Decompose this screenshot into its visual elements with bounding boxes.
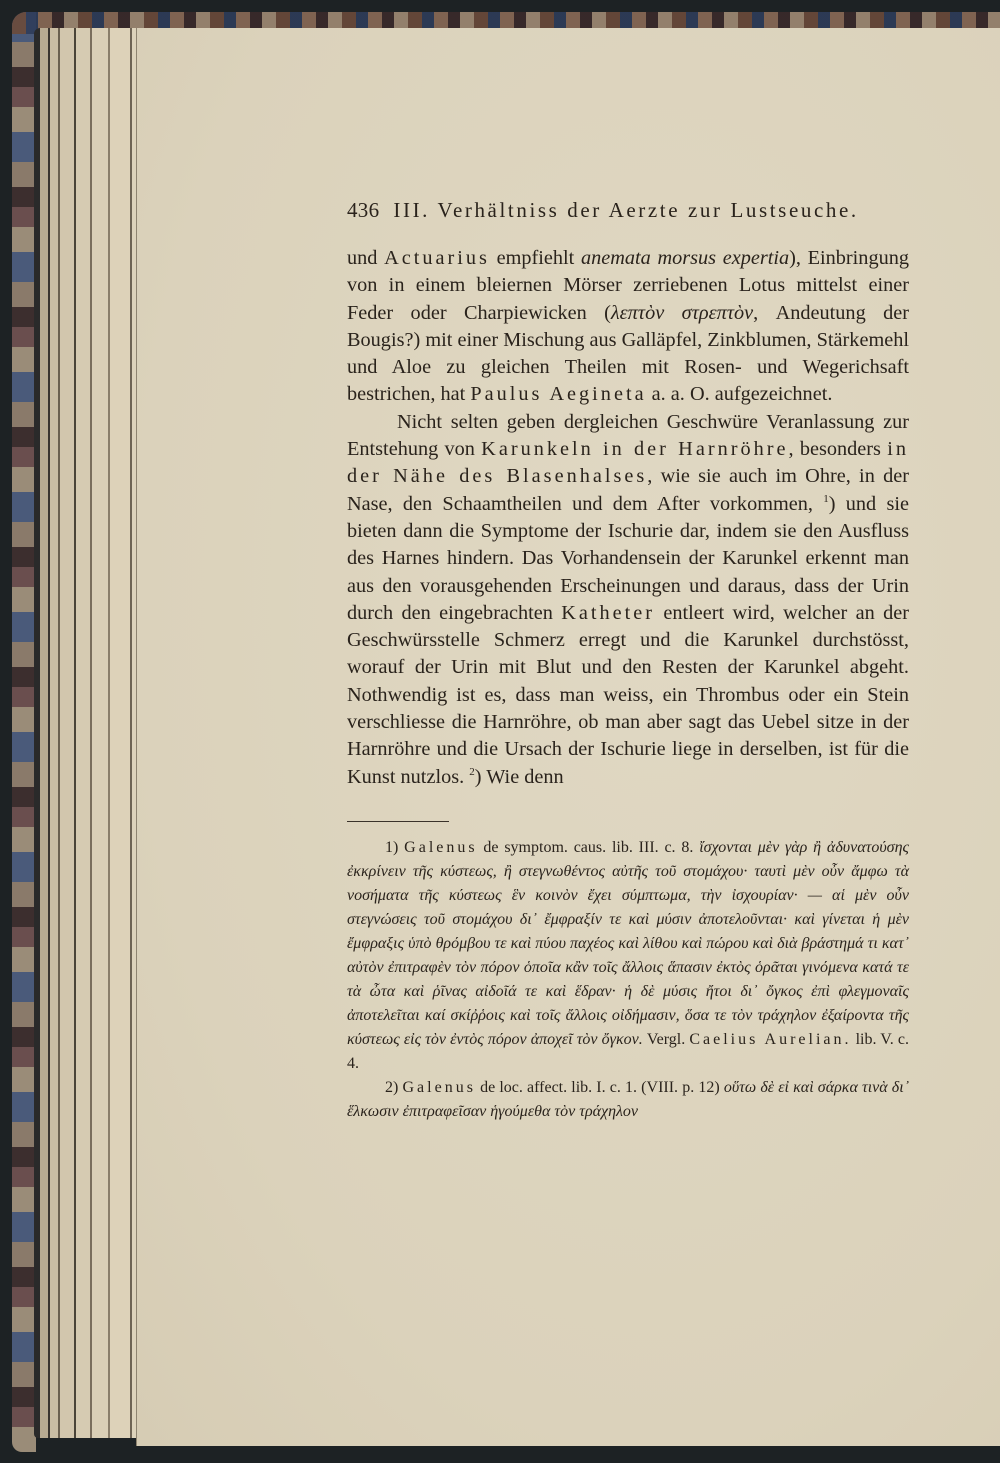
text: empfiehlt	[490, 247, 581, 269]
text: Vergl.	[643, 1031, 690, 1048]
footnote-2: 2) Galenus de loc. affect. lib. I. c. 1.…	[347, 1076, 909, 1124]
text: a. a. O. aufgezeichnet.	[647, 383, 833, 405]
author-galenus: Galenus	[404, 839, 477, 856]
paragraph-1: und Actuarius empfiehlt anemata morsus e…	[347, 245, 909, 409]
page-stack-edges	[34, 28, 138, 1438]
running-title: III. Verhältniss der Aerzte zur Lustseuc…	[393, 198, 858, 223]
citation: de symptom. caus. lib. III. c. 8.	[478, 839, 700, 856]
latin-phrase: anemata morsus expertia	[581, 247, 789, 269]
footnote-number: 1)	[385, 839, 404, 856]
page-number: 436	[347, 198, 379, 223]
footnotes: 1) Galenus de symptom. caus. lib. III. c…	[347, 836, 909, 1124]
name-paulus-aegineta: Paulus Aegineta	[470, 383, 646, 405]
text: ) Wie denn	[475, 766, 564, 788]
footnote-divider	[347, 821, 449, 822]
author-caelius: Caelius Aurelian.	[689, 1031, 851, 1048]
book-cover-left-edge	[12, 12, 36, 1452]
emphasis-katheter: Katheter	[561, 602, 655, 624]
text: und	[347, 247, 384, 269]
footnote-1: 1) Galenus de symptom. caus. lib. III. c…	[347, 836, 909, 1076]
name-actuarius: Actuarius	[384, 247, 490, 269]
greek-quote: ἴσχονται μὲν γὰρ ἢ ἀδυνατούσης ἐκκρίνειν…	[347, 839, 909, 1048]
text: entleert wird, welcher an der Geschwürss…	[347, 602, 909, 788]
citation: de loc. affect. lib. I. c. 1. (VIII. p. …	[476, 1079, 724, 1096]
footnote-number: 2)	[385, 1079, 402, 1096]
greek-phrase: λεπτὸν στρεπτὸν	[611, 302, 753, 324]
page-content: 436 III. Verhältniss der Aerzte zur Lust…	[347, 198, 909, 1124]
emphasis-karunkeln: Karunkeln in der Harnröhre	[481, 438, 788, 460]
book-page: 436 III. Verhältniss der Aerzte zur Lust…	[136, 28, 1000, 1446]
body-text: und Actuarius empfiehlt anemata morsus e…	[347, 245, 909, 791]
running-head: 436 III. Verhältniss der Aerzte zur Lust…	[347, 198, 909, 223]
text: , besonders	[789, 438, 888, 460]
author-galenus: Galenus	[402, 1079, 475, 1096]
paragraph-2: Nicht selten geben dergleichen Geschwüre…	[347, 409, 909, 791]
